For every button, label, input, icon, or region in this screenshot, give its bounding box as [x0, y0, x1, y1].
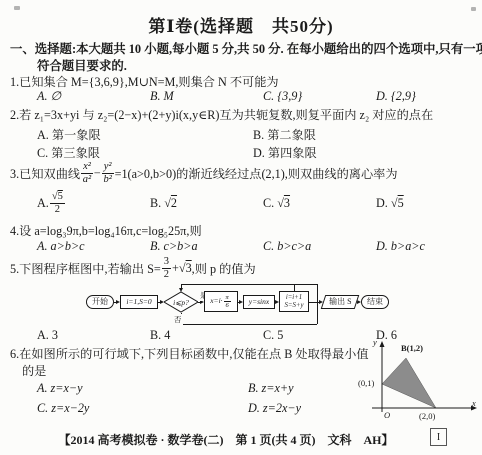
q2-option-d: D. 第四象限 [253, 144, 469, 161]
graph-origin-label: O [384, 410, 390, 420]
flowchart-process-2: y=sinx [243, 295, 275, 309]
q5-fraction: 3 2 [162, 256, 171, 280]
q6-option-a: A. z=x−y [37, 381, 248, 396]
graph-point-b-label: B(1,2) [401, 343, 423, 353]
q3-option-d: D. √5 [376, 196, 482, 211]
q3-stem: 3.已知双曲线 x² a² − y² b² =1(a>0,b>0)的渐近线经过点… [10, 161, 398, 185]
q4-stem: 4.设 a=log₃9π,b=log₄16π,c=log₅25π,则 [10, 222, 202, 239]
flowchart-condition: i⩽p? [164, 291, 198, 313]
q6-stem-line1: 6.在如图所示的可行域下,下列目标函数中,仅能在点 B 处取得最小值 [10, 345, 369, 362]
flowchart-start-node: 开始 [86, 295, 114, 309]
footer-text: 【2014 高考模拟卷 · 数学卷(二) 第 1 页(共 4 页) 文科 AH】 [0, 431, 452, 448]
q3-options: A. √5 2 B. √2 C. √3 D. √5 [0, 190, 482, 216]
graph-point-01-label: (0,1) [358, 378, 374, 388]
q1-options: A. ∅ B. M C. {3,9} D. {2,9} [0, 89, 482, 104]
graph-y-axis-label: y [373, 337, 377, 347]
instructions-line-1: 一、选择题:本大题共 10 小题,每小题 5 分,共 50 分. 在每小题给出的… [10, 39, 482, 57]
q3-fraction-1: x² a² [81, 161, 93, 185]
flowchart-init-node: i=1,S=0 [120, 295, 158, 309]
page-title: 第Ⅰ卷(选择题 共50分) [0, 12, 482, 37]
q3-option-c: C. √3 [263, 196, 376, 211]
shaded-triangle [382, 358, 436, 408]
q2-option-c: C. 第三象限 [37, 144, 253, 161]
feasible-region-graph: y x B(1,2) (0,1) O (2,0) [356, 338, 482, 430]
q6-stem-line2: 的是 [22, 362, 46, 379]
flowchart-process-1: x=i· π 6 [204, 291, 238, 312]
q5-flowchart: 开始 i=1,S=0 i⩽p? 是 否 x=i· π 6 y=sinx i=i+… [80, 282, 395, 328]
q4-option-d: D. b>a>c [376, 239, 482, 254]
flowchart-no-label: 否 [173, 314, 183, 325]
q1-option-c: C. {3,9} [263, 89, 376, 104]
graph-point-20-label: (2,0) [419, 411, 435, 421]
flowchart-end-node: 结束 [361, 295, 389, 309]
q5-stem: 5.下图程序框图中,若输出 S= 3 2 +√3 ,则 p 的值为 [10, 256, 256, 280]
flowchart-process-3: i=i+1S=S+y [279, 291, 309, 312]
page-marker-box: I [430, 428, 447, 446]
q2-stem: 2.若 z₁=3x+yi 与 z₂=(2−x)+(2+y)i(x,y∈R)互为共… [10, 106, 433, 123]
q2-options-row2: C. 第三象限 D. 第四象限 [0, 144, 482, 161]
q6-option-c: C. z=x−2y [37, 401, 248, 416]
q3-option-a: A. √5 2 [37, 191, 150, 215]
flowchart-output-node: 输出 S [321, 295, 360, 309]
scan-artifact [471, 7, 476, 11]
exam-paper-page: 第Ⅰ卷(选择题 共50分) 一、选择题:本大题共 10 小题,每小题 5 分,共… [0, 0, 482, 455]
scan-artifact [14, 6, 20, 10]
q4-option-a: A. a>b>c [37, 239, 150, 254]
q3-option-b: B. √2 [150, 196, 263, 211]
graph-x-axis-label: x [472, 398, 476, 408]
q1-option-b: B. M [150, 89, 263, 104]
q2-option-b: B. 第二象限 [253, 126, 469, 143]
q2-options-row1: A. 第一象限 B. 第二象限 [0, 126, 482, 143]
q4-options: A. a>b>c B. c>b>a C. b>c>a D. b>a>c [0, 239, 482, 254]
q1-stem: 1.已知集合 M={3,6,9},M∪N=M,则集合 N 不可能为 [10, 73, 279, 90]
q1-option-d: D. {2,9} [376, 89, 482, 104]
q5-option-b: B. 4 [150, 328, 263, 343]
q5-option-a: A. 3 [37, 328, 150, 343]
instructions-line-2: 符合题目要求的. [37, 56, 127, 74]
q2-option-a: A. 第一象限 [37, 126, 253, 143]
q3-fraction-2: y² b² [102, 161, 114, 185]
q4-option-c: C. b>c>a [263, 239, 376, 254]
q4-option-b: B. c>b>a [150, 239, 263, 254]
q1-option-a: A. ∅ [37, 89, 150, 104]
